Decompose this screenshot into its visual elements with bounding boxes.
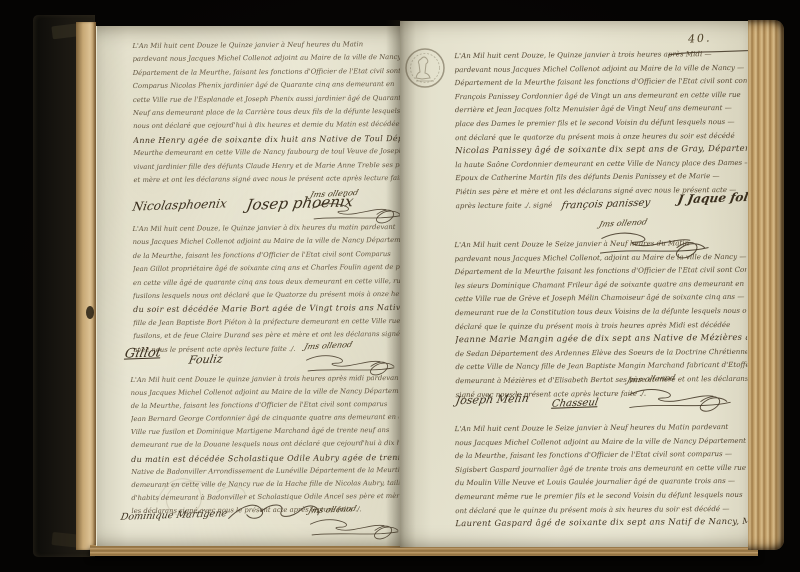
register-entry: L'An Mil huit cent Douze, le Quinze janv… — [132, 221, 401, 359]
signature-declarant: Joseph Mélin — [455, 392, 531, 408]
officer-paraph: Jms ollenod — [628, 373, 732, 414]
signature-declarant: Chasseul — [551, 397, 599, 410]
margin-scribble — [147, 462, 257, 532]
right-page: 40. L'An Mil huit cent Douze, le Quinze … — [400, 21, 748, 547]
book-gutter-shadow — [386, 20, 416, 548]
signature-declarant: Fouliz — [188, 352, 224, 366]
page-number: 40. — [688, 31, 712, 45]
register-entry: L'An Mil huit cent Douze, le Quinze janv… — [454, 47, 747, 215]
signature-declarant: Gillot — [124, 345, 163, 361]
page-fore-edge-left — [76, 22, 96, 550]
left-page: L'An Mil huit cent Douze le Quinze janvi… — [96, 26, 401, 546]
signature-declarant: Nicolasphoenix — [131, 196, 228, 213]
register-entry: L'An Mil huit cent Douze le Quinze janvi… — [132, 38, 401, 190]
signature-declarant: J Jaque foltz — [676, 190, 748, 207]
register-entry: L'An Mil huit cent Douze le Seize janvie… — [455, 420, 748, 534]
ink-notch — [86, 306, 94, 319]
paraph-flourish — [628, 382, 732, 414]
page-stack-right — [748, 20, 784, 550]
register-book-scan: L'An Mil huit cent Douze le Quinze janvi… — [0, 0, 800, 572]
